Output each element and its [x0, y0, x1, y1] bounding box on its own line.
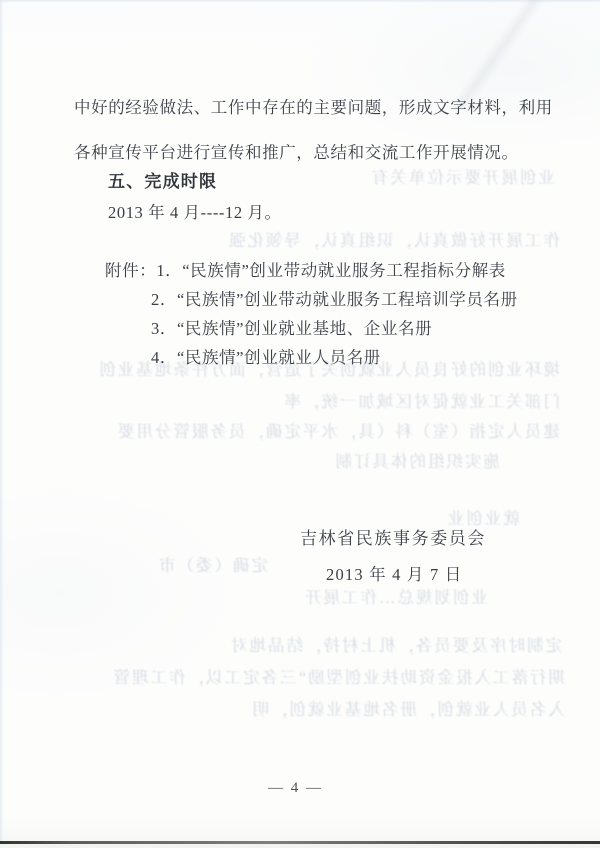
scan-below-page-area: [0, 844, 600, 848]
deadline-text: 2013 年 4 月----12 月。: [108, 199, 282, 223]
bleedthrough-line: 门部关工业就促对区域加一统，率: [65, 388, 560, 412]
scanned-document-page: 业创展开要示位单关有 作工展开好做真认，识组真认，导领化强 境环业创的好良员人业…: [0, 0, 600, 848]
attachment-item: 4．“民族情”创业就业人员名册: [105, 343, 518, 372]
attachments-label: 附件：: [105, 261, 156, 280]
bleedthrough-line: 建员人定指（室）科（具，水平定确，员务服管分用要: [70, 418, 560, 442]
attachment-item-text: 1．“民族情”创业带动就业服务工程指标分解表: [156, 261, 506, 280]
bleedthrough-line: 入名员人业就创，册名地基业就创，明: [60, 696, 565, 720]
bleedthrough-line: 业创展开要示位单关有: [225, 164, 555, 188]
attachment-item: 附件：1．“民族情”创业带动就业服务工程指标分解表: [105, 256, 518, 285]
attachments-block: 附件：1．“民族情”创业带动就业服务工程指标分解表 2．“民族情”创业带动就业服…: [105, 256, 518, 372]
scan-left-edge: [0, 0, 4, 848]
page-number: — 4 —: [268, 780, 323, 797]
bleedthrough-line: 期行落工入报金资助扶业创型励“三各定工以，作工理管: [60, 664, 565, 688]
signature-date: 2013 年 4 月 7 日: [326, 561, 462, 585]
scan-top-edge: [0, 0, 600, 3]
body-paragraph-line-1: 中好的经验做法、工作中存在的主要问题，形成文字材料，利用: [74, 94, 553, 118]
bleedthrough-line: 定制时序及要员各，机上村持，结品地对: [62, 632, 562, 656]
attachment-item: 3．“民族情”创业就业基地、企业名册: [105, 314, 518, 343]
bleedthrough-line: 业创划规总…作工展开: [68, 584, 488, 608]
bleedthrough-line: 定确（委）市: [68, 552, 268, 576]
bleedthrough-line: 作工展开好做真认，识组真认，导领化强: [70, 227, 560, 251]
section-heading: 五、完成时限: [108, 167, 217, 192]
body-paragraph-line-2: 各种宣传平台进行宣传和推广，总结和交流工作开展情况。: [74, 139, 519, 163]
attachment-item: 2．“民族情”创业带动就业服务工程培训学员名册: [105, 285, 518, 314]
signature-organization: 吉林省民族事务委员会: [300, 524, 486, 549]
bleedthrough-line: 施实织组的体具订制: [130, 448, 500, 472]
